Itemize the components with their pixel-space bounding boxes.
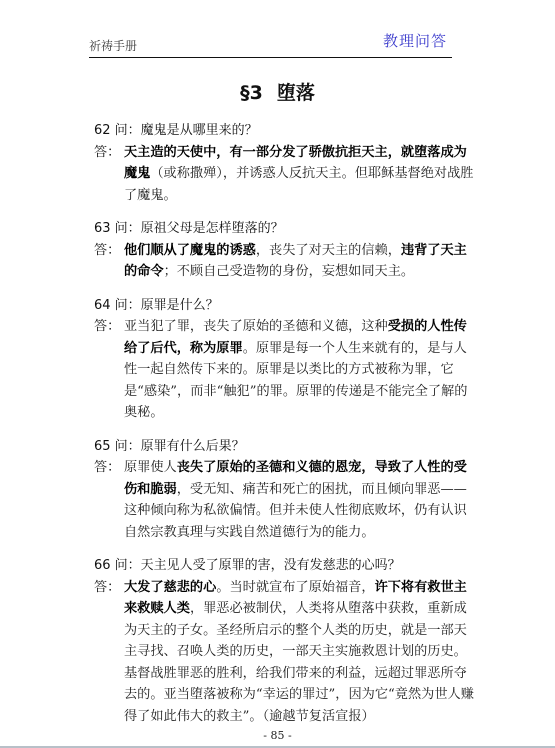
answer-label: 答： <box>94 577 120 599</box>
answer: 答：他们顺从了魔鬼的诱惑，丧失了对天主的信赖，违背了天主的命令；不顾自己受造物的… <box>94 240 474 283</box>
qa-item: 66 问：天主见人受了原罪的害，没有发慈悲的心吗？答：大发了慈悲的心。当时就宣布… <box>94 555 474 727</box>
answer-label: 答： <box>94 142 120 164</box>
document-page: 祈祷手册 教理问答 §3堕落 62 问：魔鬼是从哪里来的？答：天主造的天使中，有… <box>0 0 555 746</box>
answer-text: ，罪恶必被制伏，人类将从堕落中获救，重新成为天主的子女。圣经所启示的整个人类的历… <box>124 601 474 724</box>
answer: 答：天主造的天使中，有一部分发了骄傲抗拒天主，就堕落成为魔鬼（或称撒殚），并诱惑… <box>94 142 474 207</box>
qa-item: 64 问：原罪是什么？答：亚当犯了罪，丧失了原始的圣德和义德，这种受损的人性传给… <box>94 295 474 424</box>
question: 65 问：原罪有什么后果？ <box>94 436 474 458</box>
qa-item: 65 问：原罪有什么后果？答：原罪使人丧失了原始的圣德和义德的恩宠，导致了人性的… <box>94 436 474 544</box>
qa-item: 63 问：原祖父母是怎样堕落的？答：他们顺从了魔鬼的诱惑，丧失了对天主的信赖，违… <box>94 218 474 283</box>
qa-item: 62 问：魔鬼是从哪里来的？答：天主造的天使中，有一部分发了骄傲抗拒天主，就堕落… <box>94 120 474 206</box>
answer: 答：原罪使人丧失了原始的圣德和义德的恩宠，导致了人性的受伤和脆弱，受无知、痛苦和… <box>94 457 474 543</box>
page-number: - 85 - <box>0 729 555 742</box>
question: 64 问：原罪是什么？ <box>94 295 474 317</box>
question: 63 问：原祖父母是怎样堕落的？ <box>94 218 474 240</box>
answer-label: 答： <box>94 240 120 262</box>
answer-text: （或称撒殚），并诱惑人反抗天主。但耶稣基督绝对战胜了魔鬼。 <box>124 166 473 203</box>
answer-text: 原罪使人 <box>124 460 177 475</box>
running-header: 祈祷手册 教理问答 <box>89 28 452 58</box>
question: 62 问：魔鬼是从哪里来的？ <box>94 120 474 142</box>
section-title: 堕落 <box>277 82 315 104</box>
question: 66 问：天主见人受了原罪的害，没有发慈悲的心吗？ <box>94 555 474 577</box>
answer-label: 答： <box>94 457 120 479</box>
answer-emphasis: 他们顺从了魔鬼的诱惑 <box>124 243 256 258</box>
answer: 答：亚当犯了罪，丧失了原始的圣德和义德，这种受损的人性传给了后代，称为原罪。原罪… <box>94 316 474 424</box>
answer-text: ，丧失了对天主的信赖， <box>256 243 401 258</box>
answer-label: 答： <box>94 316 120 338</box>
header-book-title: 祈祷手册 <box>89 37 137 54</box>
qa-list: 62 问：魔鬼是从哪里来的？答：天主造的天使中，有一部分发了骄傲抗拒天主，就堕落… <box>94 120 474 739</box>
answer-emphasis: 大发了慈悲的心 <box>124 580 216 595</box>
answer-text: 亚当犯了罪，丧失了原始的圣德和义德，这种 <box>124 319 388 334</box>
section-number: §3 <box>240 82 263 104</box>
header-section-title: 教理问答 <box>383 30 447 51</box>
answer: 答：大发了慈悲的心。当时就宣布了原始福音，许下将有救世主来救赎人类，罪恶必被制伏… <box>94 577 474 728</box>
answer-text: 。当时就宣布了原始福音， <box>216 580 374 595</box>
page-title: §3堕落 <box>0 78 555 105</box>
answer-text: ；不顾自己受造物的身份，妄想如同天主。 <box>164 264 415 279</box>
